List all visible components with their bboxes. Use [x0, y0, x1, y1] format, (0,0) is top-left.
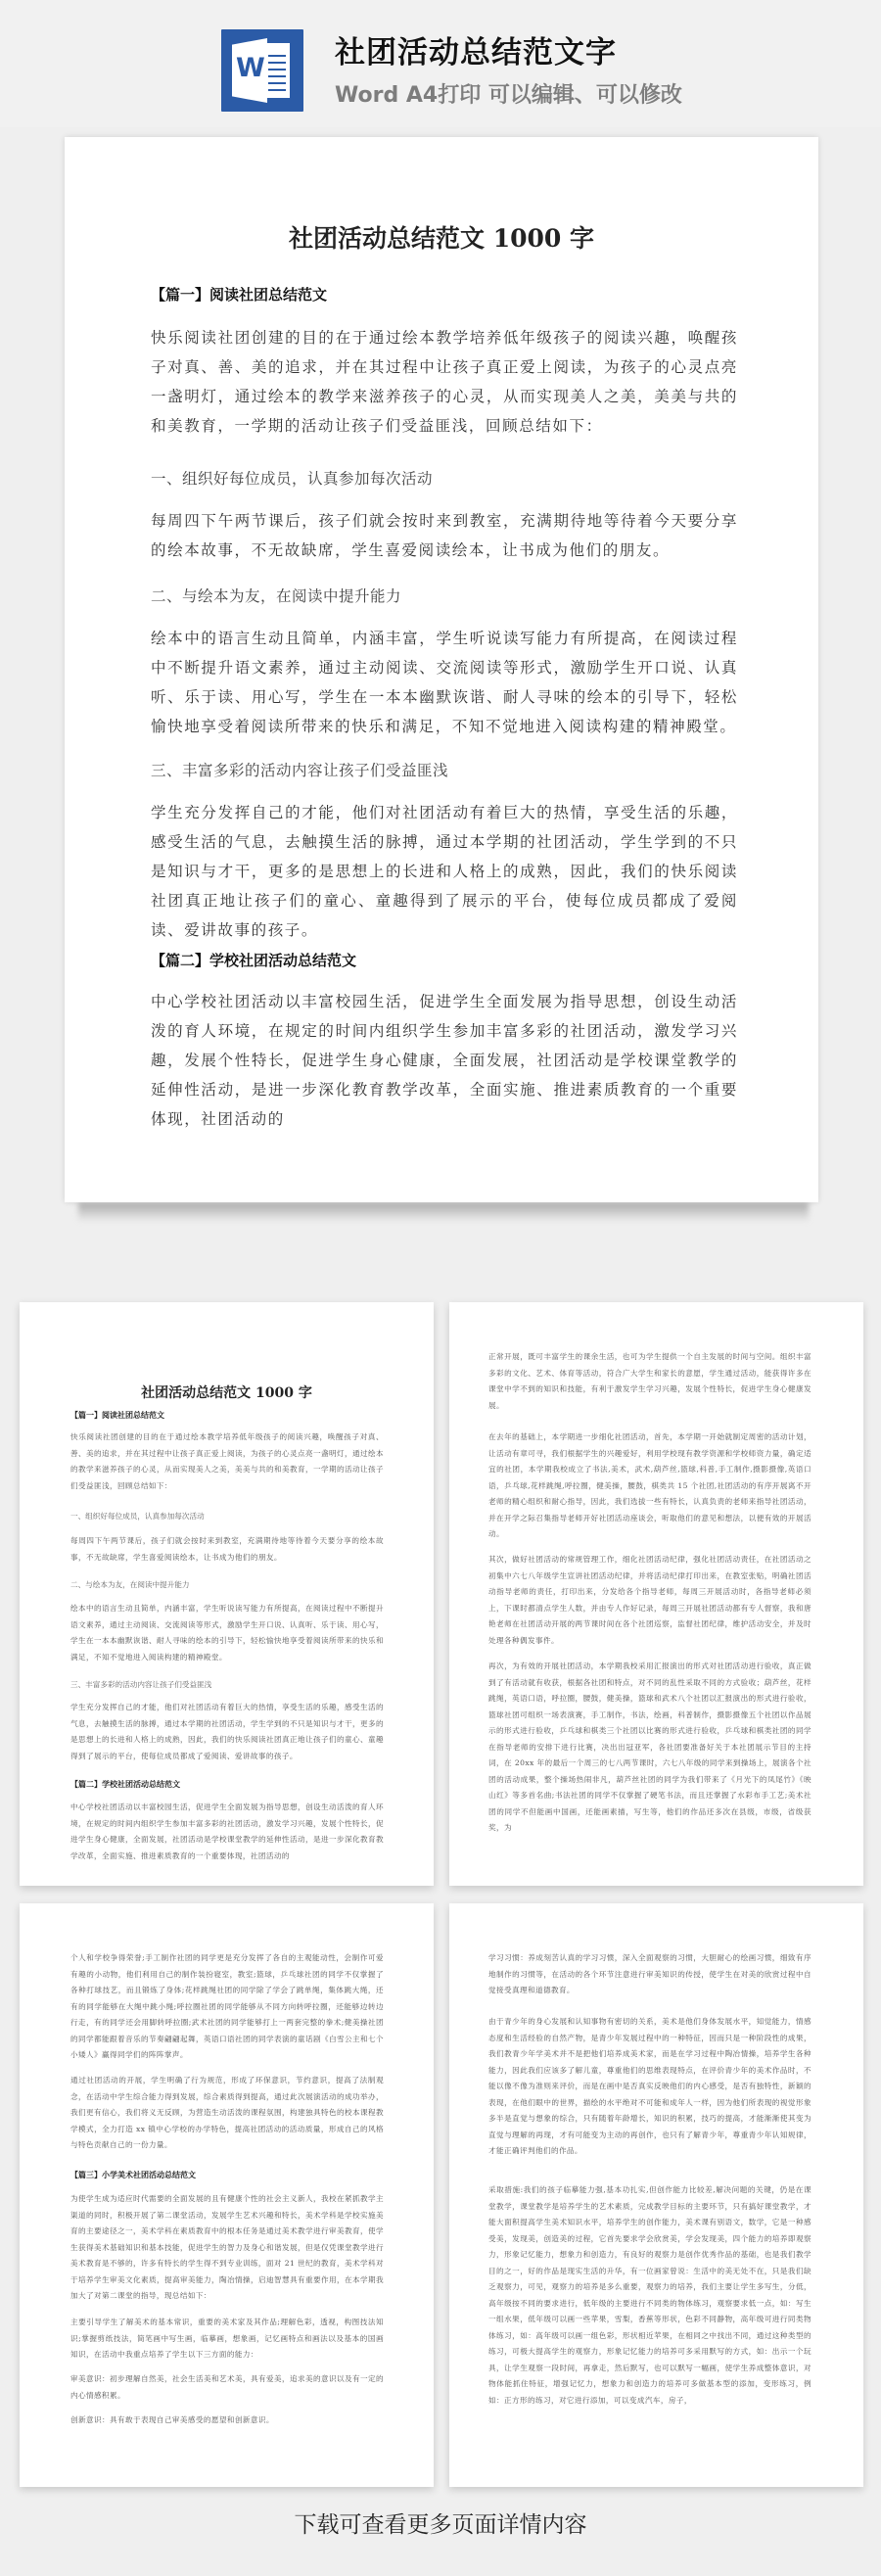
thumb-title: 社团活动总结范文 1000 字: [20, 1382, 434, 1402]
paragraph-4: 中心学校社团活动以丰富校园生活，促进学生全面发展为指导思想，创设生动活泼的育人环…: [151, 987, 738, 1134]
paragraph-2: 绘本中的语言生动且简单，内涵丰富，学生听说读写能力有所提高，在阅读过程中不断提升…: [151, 624, 738, 741]
thumb-paragraph: 学生充分发挥自己的才能，他们对社团活动有着巨大的热情，享受生活的乐趣，感受生活的…: [70, 1700, 384, 1764]
header-subtitle: Word A4打印 可以编辑、可以修改: [335, 78, 682, 109]
main-page-preview: 社团活动总结范文 1000 字 【篇一】阅读社团总结范文 快乐阅读社团创建的目的…: [65, 137, 818, 1202]
thumb-paragraph: 再次，为有效的开展社团活动，本学期我校采用汇报演出的形式对社团活动进行验收，真正…: [488, 1659, 811, 1837]
thumb-heading: 【篇三】小学美术社团活动总结范文: [70, 2170, 196, 2180]
document-title: 社团活动总结范文 1000 字: [65, 219, 818, 255]
thumb-paragraph: 绘本中的语言生动且简单，内涵丰富，学生听说读写能力有所提高，在阅读过程中不断提升…: [70, 1601, 384, 1665]
download-more-link[interactable]: 下载可查看更多页面详情内容: [0, 2506, 881, 2539]
thumb-paragraph: 通过社团活动的开展，学生明确了行为规范，形成了环保意识，节约意识，提高了法制观念…: [70, 2073, 384, 2154]
thumb-subheading: 二、与绘本为友，在阅读中提升能力: [70, 1579, 190, 1590]
subheading-1: 一、组织好每位成员，认真参加每次活动: [151, 467, 433, 489]
thumb-paragraph: 创新意识：具有敢于表现自己审美感受的愿望和创新意识。: [70, 2412, 384, 2429]
word-doc-icon: W: [221, 29, 303, 112]
thumbnail-page-4[interactable]: 学习习惯：养成刻苦认真的学习习惯，深入全面观察的习惯，大胆耐心的绘画习惯，细致有…: [449, 1903, 863, 2487]
subheading-3: 三、丰富多彩的活动内容让孩子们受益匪浅: [151, 759, 448, 780]
thumb-paragraph: 每周四下午两节课后，孩子们就会按时来到教室，充满期待地等待着今天要分享的绘本故事…: [70, 1533, 384, 1566]
paragraph-1: 每周四下午两节课后，孩子们就会按时来到教室，充满期待地等待着今天要分享的绘本故事…: [151, 506, 738, 565]
thumb-paragraph: 学习习惯：养成刻苦认真的学习习惯，深入全面观察的习惯，大胆耐心的绘画习惯，细致有…: [488, 1950, 811, 1999]
section-heading-2: 【篇二】学校社团活动总结范文: [151, 950, 356, 970]
thumb-paragraph: 正常开展，既可丰富学生的课余生活，也可为学生提供一个自主发展的时间与空间。组织丰…: [488, 1349, 811, 1414]
thumb-paragraph: 由于青少年的身心发展和认知事物有密切的关系，美术是他们身体发展水平，知觉能力，情…: [488, 2014, 811, 2160]
thumb-heading: 【篇一】阅读社团总结范文: [70, 1410, 164, 1421]
thumbnail-page-2[interactable]: 正常开展，既可丰富学生的课余生活，也可为学生提供一个自主发展的时间与空间。组织丰…: [449, 1302, 863, 1886]
thumb-subheading: 一、组织好每位成员，认真参加每次活动: [70, 1511, 205, 1522]
w-letter: W: [236, 55, 265, 81]
section-heading-1: 【篇一】阅读社团总结范文: [151, 284, 327, 304]
thumb-paragraph: 快乐阅读社团创建的目的在于通过绘本教学培养低年级孩子的阅读兴趣，唤醒孩子对真、善…: [70, 1429, 384, 1494]
thumb-paragraph: 为使学生成为适应时代需要的全面发展的且有健康个性的社会主义新人，我校在紧抓教学主…: [70, 2191, 384, 2305]
thumb-paragraph: 主要引导学生了解美术的基本常识，重要的美术家及其作品;理解色彩，透视，构图技法知…: [70, 2315, 384, 2364]
header-banner: W 社团活动总结范文字 Word A4打印 可以编辑、可以修改: [0, 0, 881, 127]
subheading-2: 二、与绘本为友，在阅读中提升能力: [151, 585, 401, 606]
page-shadow: [78, 1202, 809, 1222]
thumb-paragraph: 在去年的基础上，本学期进一步细化社团活动，首先，本学期一开始就制定周密的活动计划…: [488, 1429, 811, 1543]
paragraph-3: 学生充分发挥自己的才能，他们对社团活动有着巨大的热情，享受生活的乐趣，感受生活的…: [151, 798, 738, 945]
paragraph-intro: 快乐阅读社团创建的目的在于通过绘本教学培养低年级孩子的阅读兴趣，唤醒孩子对真、善…: [151, 323, 738, 441]
header-title: 社团活动总结范文字: [335, 27, 617, 71]
thumbnail-page-3[interactable]: 个人和学校争得荣誉;手工制作社团的同学更是充分发挥了各自的主观能动性，会制作可爱…: [20, 1903, 434, 2487]
thumb-paragraph: 审美意识：初步理解自然美，社会生活美和艺术美，具有爱美，追求美的意识以及有一定的…: [70, 2371, 384, 2404]
thumb-paragraph: 个人和学校争得荣誉;手工制作社团的同学更是充分发挥了各自的主观能动性，会制作可爱…: [70, 1950, 384, 2064]
thumb-paragraph: 采取措施:我们的孩子临摹能力强,基本功扎实,但创作能力比较差,解决问题的关键，仍…: [488, 2182, 811, 2409]
thumb-heading: 【篇二】学校社团活动总结范文: [70, 1779, 180, 1790]
thumb-paragraph: 中心学校社团活动以丰富校园生活，促进学生全面发展为指导思想，创设生动活泼的育人环…: [70, 1800, 384, 1864]
thumbnail-page-1[interactable]: 社团活动总结范文 1000 字 【篇一】阅读社团总结范文 快乐阅读社团创建的目的…: [20, 1302, 434, 1886]
thumb-paragraph: 其次，做好社团活动的常规管理工作，细化社团活动纪律，强化社团活动责任，在社团活动…: [488, 1552, 811, 1649]
thumb-subheading: 三、丰富多彩的活动内容让孩子们受益匪浅: [70, 1679, 211, 1690]
